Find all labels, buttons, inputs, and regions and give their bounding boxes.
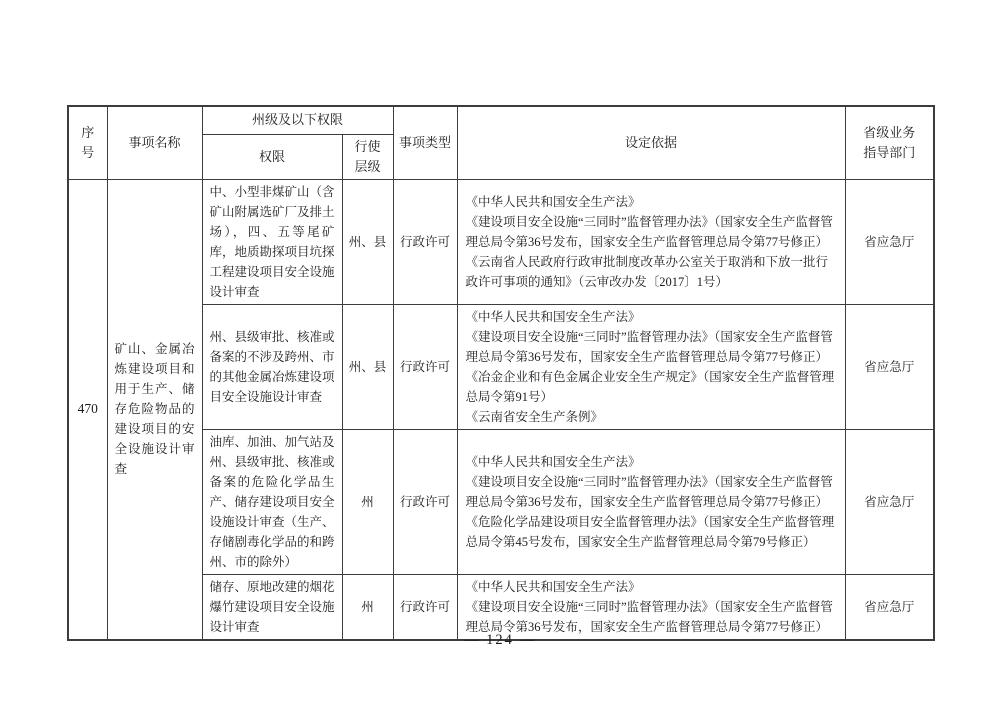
cell-item-type: 行政许可 [393,574,457,640]
header-item-type: 事项类型 [393,106,457,179]
header-item-name: 事项名称 [107,106,202,179]
cell-guidance-dept: 省应急厅 [845,429,934,574]
cell-guidance-dept: 省应急厅 [845,304,934,429]
header-provincial-guidance-dept: 省级业务 指导部门 [845,106,934,179]
cell-setting-basis: 《中华人民共和国安全生产法》 《建设项目安全设施“三同时”监督管理办法》（国家安… [457,429,845,574]
table-row: 470 矿山、金属冶炼建设项目和用于生产、储存危险物品的建设项目的安全设施设计审… [68,179,934,304]
cell-authority: 州、县级审批、核准或备案的不涉及跨州、市的其他金属冶炼建设项目安全设施设计审查 [202,304,342,429]
cell-item-type: 行政许可 [393,179,457,304]
cell-serial-number: 470 [68,179,107,640]
cell-item-type: 行政许可 [393,429,457,574]
cell-exercise-level: 州、县 [342,179,393,304]
cell-guidance-dept: 省应急厅 [845,574,934,640]
header-authority: 权限 [202,134,342,179]
cell-setting-basis: 《中华人民共和国安全生产法》 《建设项目安全设施“三同时”监督管理办法》（国家安… [457,179,845,304]
cell-exercise-level: 州、县 [342,304,393,429]
document-page: 序 号 事项名称 州级及以下权限 事项类型 设定依据 省级业务 指导部门 权限 … [0,0,1000,707]
header-prefecture-authority-group: 州级及以下权限 [202,106,393,134]
cell-authority: 储存、原地改建的烟花爆竹建设项目安全设施设计审查 [202,574,342,640]
header-serial-number: 序 号 [68,106,107,179]
cell-setting-basis: 《中华人民共和国安全生产法》 《建设项目安全设施“三同时”监督管理办法》（国家安… [457,574,845,640]
cell-setting-basis: 《中华人民共和国安全生产法》 《建设项目安全设施“三同时”监督管理办法》（国家安… [457,304,845,429]
cell-exercise-level: 州 [342,429,393,574]
cell-exercise-level: 州 [342,574,393,640]
page-number: — 124 — [0,632,1000,649]
cell-authority: 油库、加油、加气站及州、县级审批、核准或备案的危险化学品生产、储存建设项目安全设… [202,429,342,574]
cell-item-name: 矿山、金属冶炼建设项目和用于生产、储存危险物品的建设项目的安全设施设计审查 [107,179,202,640]
approval-items-table: 序 号 事项名称 州级及以下权限 事项类型 设定依据 省级业务 指导部门 权限 … [67,105,935,641]
cell-item-type: 行政许可 [393,304,457,429]
cell-authority: 中、小型非煤矿山（含矿山附属选矿厂及排土场），四、五等尾矿库，地质勘探项目坑探工… [202,179,342,304]
cell-guidance-dept: 省应急厅 [845,179,934,304]
header-exercise-level: 行使 层级 [342,134,393,179]
header-setting-basis: 设定依据 [457,106,845,179]
